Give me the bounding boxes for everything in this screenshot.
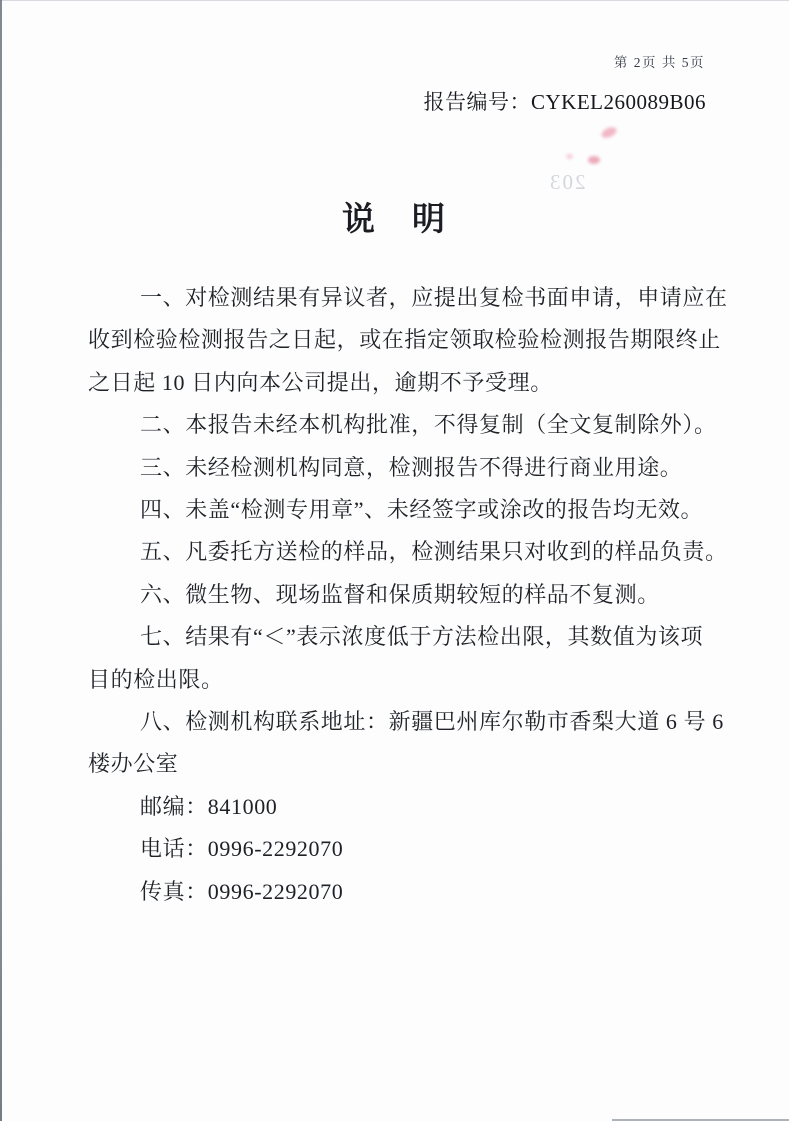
report-number: 报告编号：CYKEL260089B06 (424, 86, 707, 116)
text-line: 五、凡委托方送检的样品，检测结果只对收到的样品负责。 (88, 531, 706, 573)
text-line: 四、未盖“检测专用章”、未经签字或涂改的报告均无效。 (88, 489, 706, 531)
text-line: 之日起 10 日内向本公司提出，逾期不予受理。 (88, 362, 706, 404)
page-indicator: 第 2页 共 5页 (614, 51, 705, 71)
scan-edge-left (0, 0, 2, 1121)
text-line: 楼办公室 (88, 743, 706, 785)
document-title: 说 明 (0, 193, 789, 240)
text-line: 收到检验检测报告之日起，或在指定领取检验检测报告期限终止 (88, 319, 706, 361)
text-line: 邮编：841000 (88, 786, 706, 828)
text-line: 七、结果有“＜”表示浓度低于方法检出限，其数值为该项 (88, 616, 706, 658)
text-line: 传真：0996-2292070 (88, 871, 706, 913)
text-line: 二、本报告未经本机构批准，不得复制（全文复制除外）。 (88, 404, 706, 446)
document-page: 第 2页 共 5页 报告编号：CYKEL260089B06 203 说 明 一、… (0, 0, 789, 1121)
ink-smudge (566, 154, 573, 159)
text-line: 六、微生物、现场监督和保质期较短的样品不复测。 (88, 574, 706, 616)
ink-smudge (588, 156, 600, 164)
text-line: 八、检测机构联系地址：新疆巴州库尔勒市香梨大道 6 号 6 (88, 701, 706, 743)
scan-edge-top (0, 0, 789, 1)
ink-smudge (600, 125, 618, 140)
stamp-bleed-text: 203 (548, 170, 586, 195)
text-line: 目的检出限。 (88, 659, 706, 701)
text-line: 三、未经检测机构同意，检测报告不得进行商业用途。 (88, 447, 706, 489)
report-number-label: 报告编号： (424, 90, 532, 114)
text-line: 一、对检测结果有异议者，应提出复检书面申请，申请应在 (88, 277, 706, 319)
text-line: 电话：0996-2292070 (88, 828, 706, 870)
report-number-value: CYKEL260089B06 (531, 90, 706, 114)
document-body: 一、对检测结果有异议者，应提出复检书面申请，申请应在收到检验检测报告之日起，或在… (88, 277, 706, 913)
